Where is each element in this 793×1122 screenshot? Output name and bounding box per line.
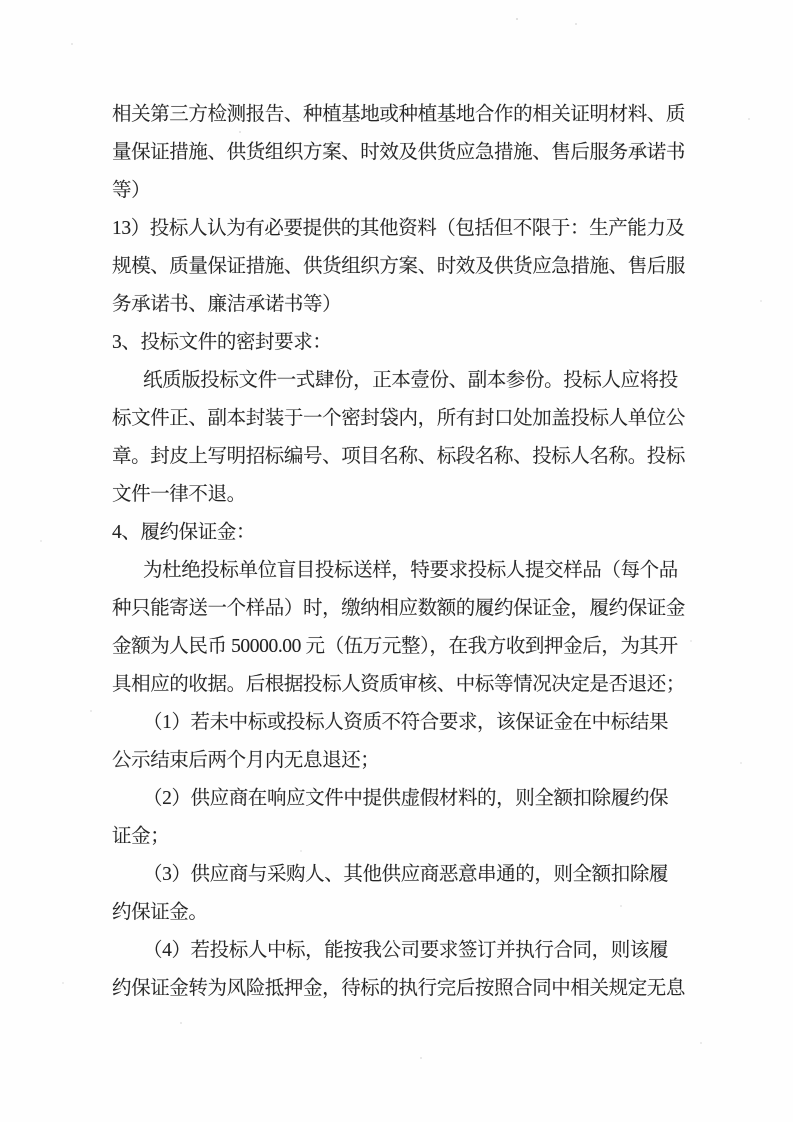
text-line: 3、投标文件的密封要求：: [112, 324, 708, 362]
text-line: 约保证金转为风险抵押金，待标的执行完后按照合同中相关规定无息: [112, 970, 708, 1008]
text-line: 规模、质量保证措施、供货组织方案、时效及供货应急措施、售后服: [112, 248, 708, 286]
text-line: 文件一律不退。: [112, 476, 708, 514]
scan-noise: [0, 0, 2, 2]
text-line: 务承诺书、廉洁承诺书等）: [112, 286, 708, 324]
text-line: 章。封皮上写明招标编号、项目名称、标段名称、投标人名称。投标: [112, 438, 708, 476]
text-line: 标文件正、副本封装于一个密封袋内，所有封口处加盖投标人单位公: [112, 400, 708, 438]
text-line: 证金；: [112, 818, 708, 856]
text-line: 具相应的收据。后根据投标人资质审核、中标等情况决定是否退还；: [112, 666, 708, 704]
text-line: 公示结束后两个月内无息退还；: [112, 742, 708, 780]
text-line: 约保证金。: [112, 894, 708, 932]
text-line: 等）: [112, 172, 708, 210]
text-line: 相关第三方检测报告、种植基地或种植基地合作的相关证明材料、质: [112, 96, 708, 134]
text-line: 4、履约保证金：: [112, 514, 708, 552]
text-line: 13）投标人认为有必要提供的其他资料（包括但不限于：生产能力及: [112, 210, 708, 248]
text-line: （4）若投标人中标，能按我公司要求签订并执行合同，则该履: [112, 932, 708, 970]
text-line: （3）供应商与采购人、其他供应商恶意串通的，则全额扣除履: [112, 856, 708, 894]
document-page: 相关第三方检测报告、种植基地或种植基地合作的相关证明材料、质 量保证措施、供货组…: [0, 0, 793, 1122]
text-line: 量保证措施、供货组织方案、时效及供货应急措施、售后服务承诺书: [112, 134, 708, 172]
document-text-block: 相关第三方检测报告、种植基地或种植基地合作的相关证明材料、质 量保证措施、供货组…: [112, 96, 708, 1008]
text-line: 种只能寄送一个样品）时，缴纳相应数额的履约保证金，履约保证金: [112, 590, 708, 628]
text-line: （2）供应商在响应文件中提供虚假材料的，则全额扣除履约保: [112, 780, 708, 818]
text-line: （1）若未中标或投标人资质不符合要求，该保证金在中标结果: [112, 704, 708, 742]
text-line: 金额为人民币 50000.00 元（伍万元整），在我方收到押金后，为其开: [112, 628, 708, 666]
text-line: 纸质版投标文件一式肆份，正本壹份、副本参份。投标人应将投: [112, 362, 708, 400]
text-line: 为杜绝投标单位盲目投标送样，特要求投标人提交样品（每个品: [112, 552, 708, 590]
